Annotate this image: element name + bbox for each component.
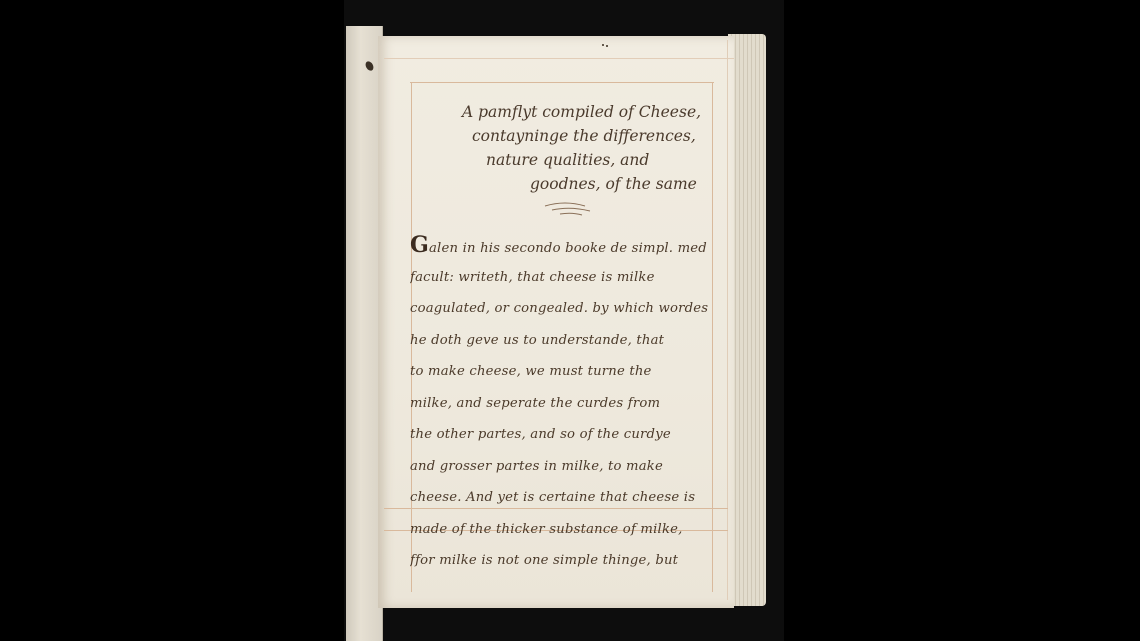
body-text: Galen in his secondo booke de simpl. med… (410, 230, 722, 577)
binding-hole (364, 60, 375, 72)
document-title: A pamflyt compiled of Cheese, contayning… (450, 100, 730, 196)
title-line: goodnes, of the same (450, 172, 730, 196)
title-line: nature qualities, and (450, 148, 730, 172)
text-line: made of the thicker substance of milke, (410, 514, 722, 546)
text-line: coagulated, or congealed. by which worde… (410, 293, 722, 325)
flourish-ornament (540, 198, 600, 218)
title-line: contayninge the differences, (450, 124, 730, 148)
text-line: milke, and seperate the curdes from (410, 388, 722, 420)
text-line: ffor milke is not one simple thinge, but (410, 545, 722, 577)
text-line: and grosser partes in milke, to make (410, 451, 722, 483)
ink-dot (602, 44, 604, 46)
text-line: to make cheese, we must turne the (410, 356, 722, 388)
title-line: A pamflyt compiled of Cheese, (450, 100, 730, 124)
text-line: facult: writeth, that cheese is milke (410, 262, 722, 294)
text-line: cheese. And yet is certaine that cheese … (410, 482, 722, 514)
text-line: Galen in his secondo booke de simpl. med (410, 230, 722, 262)
top-rule-inner (410, 82, 714, 83)
text-line: the other partes, and so of the curdye (410, 419, 722, 451)
text-line: he doth geve us to understande, that (410, 325, 722, 357)
top-rule-outer (384, 58, 734, 59)
ink-dot (606, 45, 608, 47)
initial-capital: G (410, 232, 429, 258)
